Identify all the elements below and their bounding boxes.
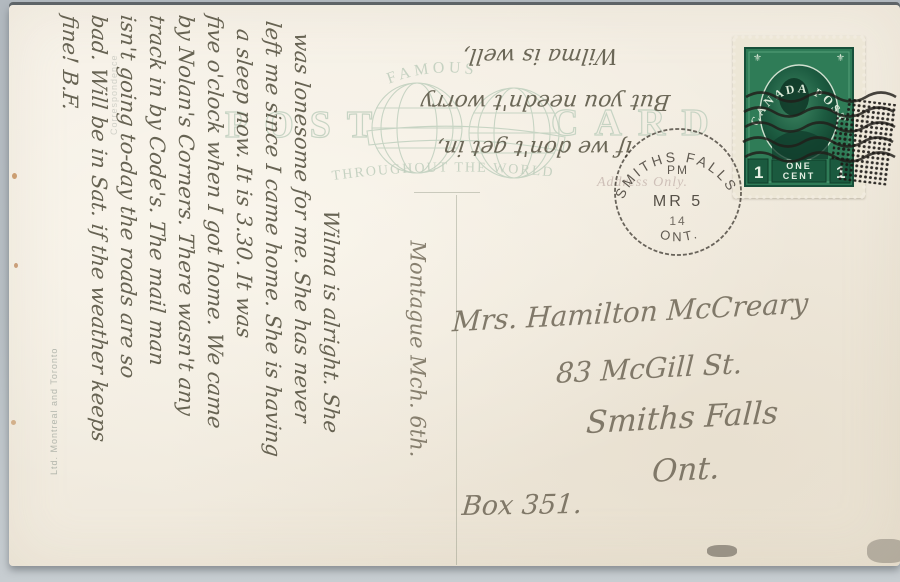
cancel-dot-block bbox=[829, 97, 897, 185]
paper-speck bbox=[14, 263, 18, 268]
note-line: if we don't get in, bbox=[331, 124, 635, 170]
paper-speck bbox=[12, 173, 17, 179]
message-line: fine! B.F. bbox=[55, 13, 84, 576]
center-divider-line bbox=[456, 195, 457, 565]
dateline: Montague Mch. 6th. bbox=[385, 241, 430, 571]
svg-text:ONT.: ONT. bbox=[659, 225, 701, 244]
paper-speck bbox=[11, 420, 16, 425]
postmark-date: MR 5 bbox=[653, 193, 703, 210]
message-line: left me since I came home. She is having bbox=[258, 19, 287, 576]
postcard-photo: FAMOUS POST CARD THROUGHOUT THE WORLD Ad… bbox=[0, 0, 900, 582]
note-line: Wilma is well, bbox=[331, 32, 621, 78]
postmark-year: 14 bbox=[669, 214, 686, 228]
edge-smudge bbox=[707, 545, 737, 557]
postmark-province-text: ONT. bbox=[659, 225, 701, 244]
message-line: five o'clock when I got home. We came bbox=[200, 13, 229, 576]
postmark-meridiem: PM bbox=[667, 163, 689, 177]
cancellation-marks bbox=[718, 25, 900, 215]
corner-smudge bbox=[867, 539, 900, 563]
message-line: by Nolan's Corners. There wasn't any bbox=[171, 13, 200, 576]
message-line: isn't going to-day the roads are so bbox=[113, 13, 142, 576]
message-line: bad. Will be in Sat. if the weather keep… bbox=[84, 13, 113, 576]
message-line: was lonesome for me. She has never bbox=[287, 31, 316, 576]
message-line: a sleep now. It is 3.30. It was bbox=[229, 27, 258, 576]
message-line: track in by Code's. The mail man bbox=[142, 13, 171, 576]
message-block: Wilma is alright. Shewas lonesome for me… bbox=[55, 15, 345, 575]
divider-top-bar bbox=[414, 192, 480, 193]
message-line: Wilma is alright. She bbox=[316, 208, 345, 576]
